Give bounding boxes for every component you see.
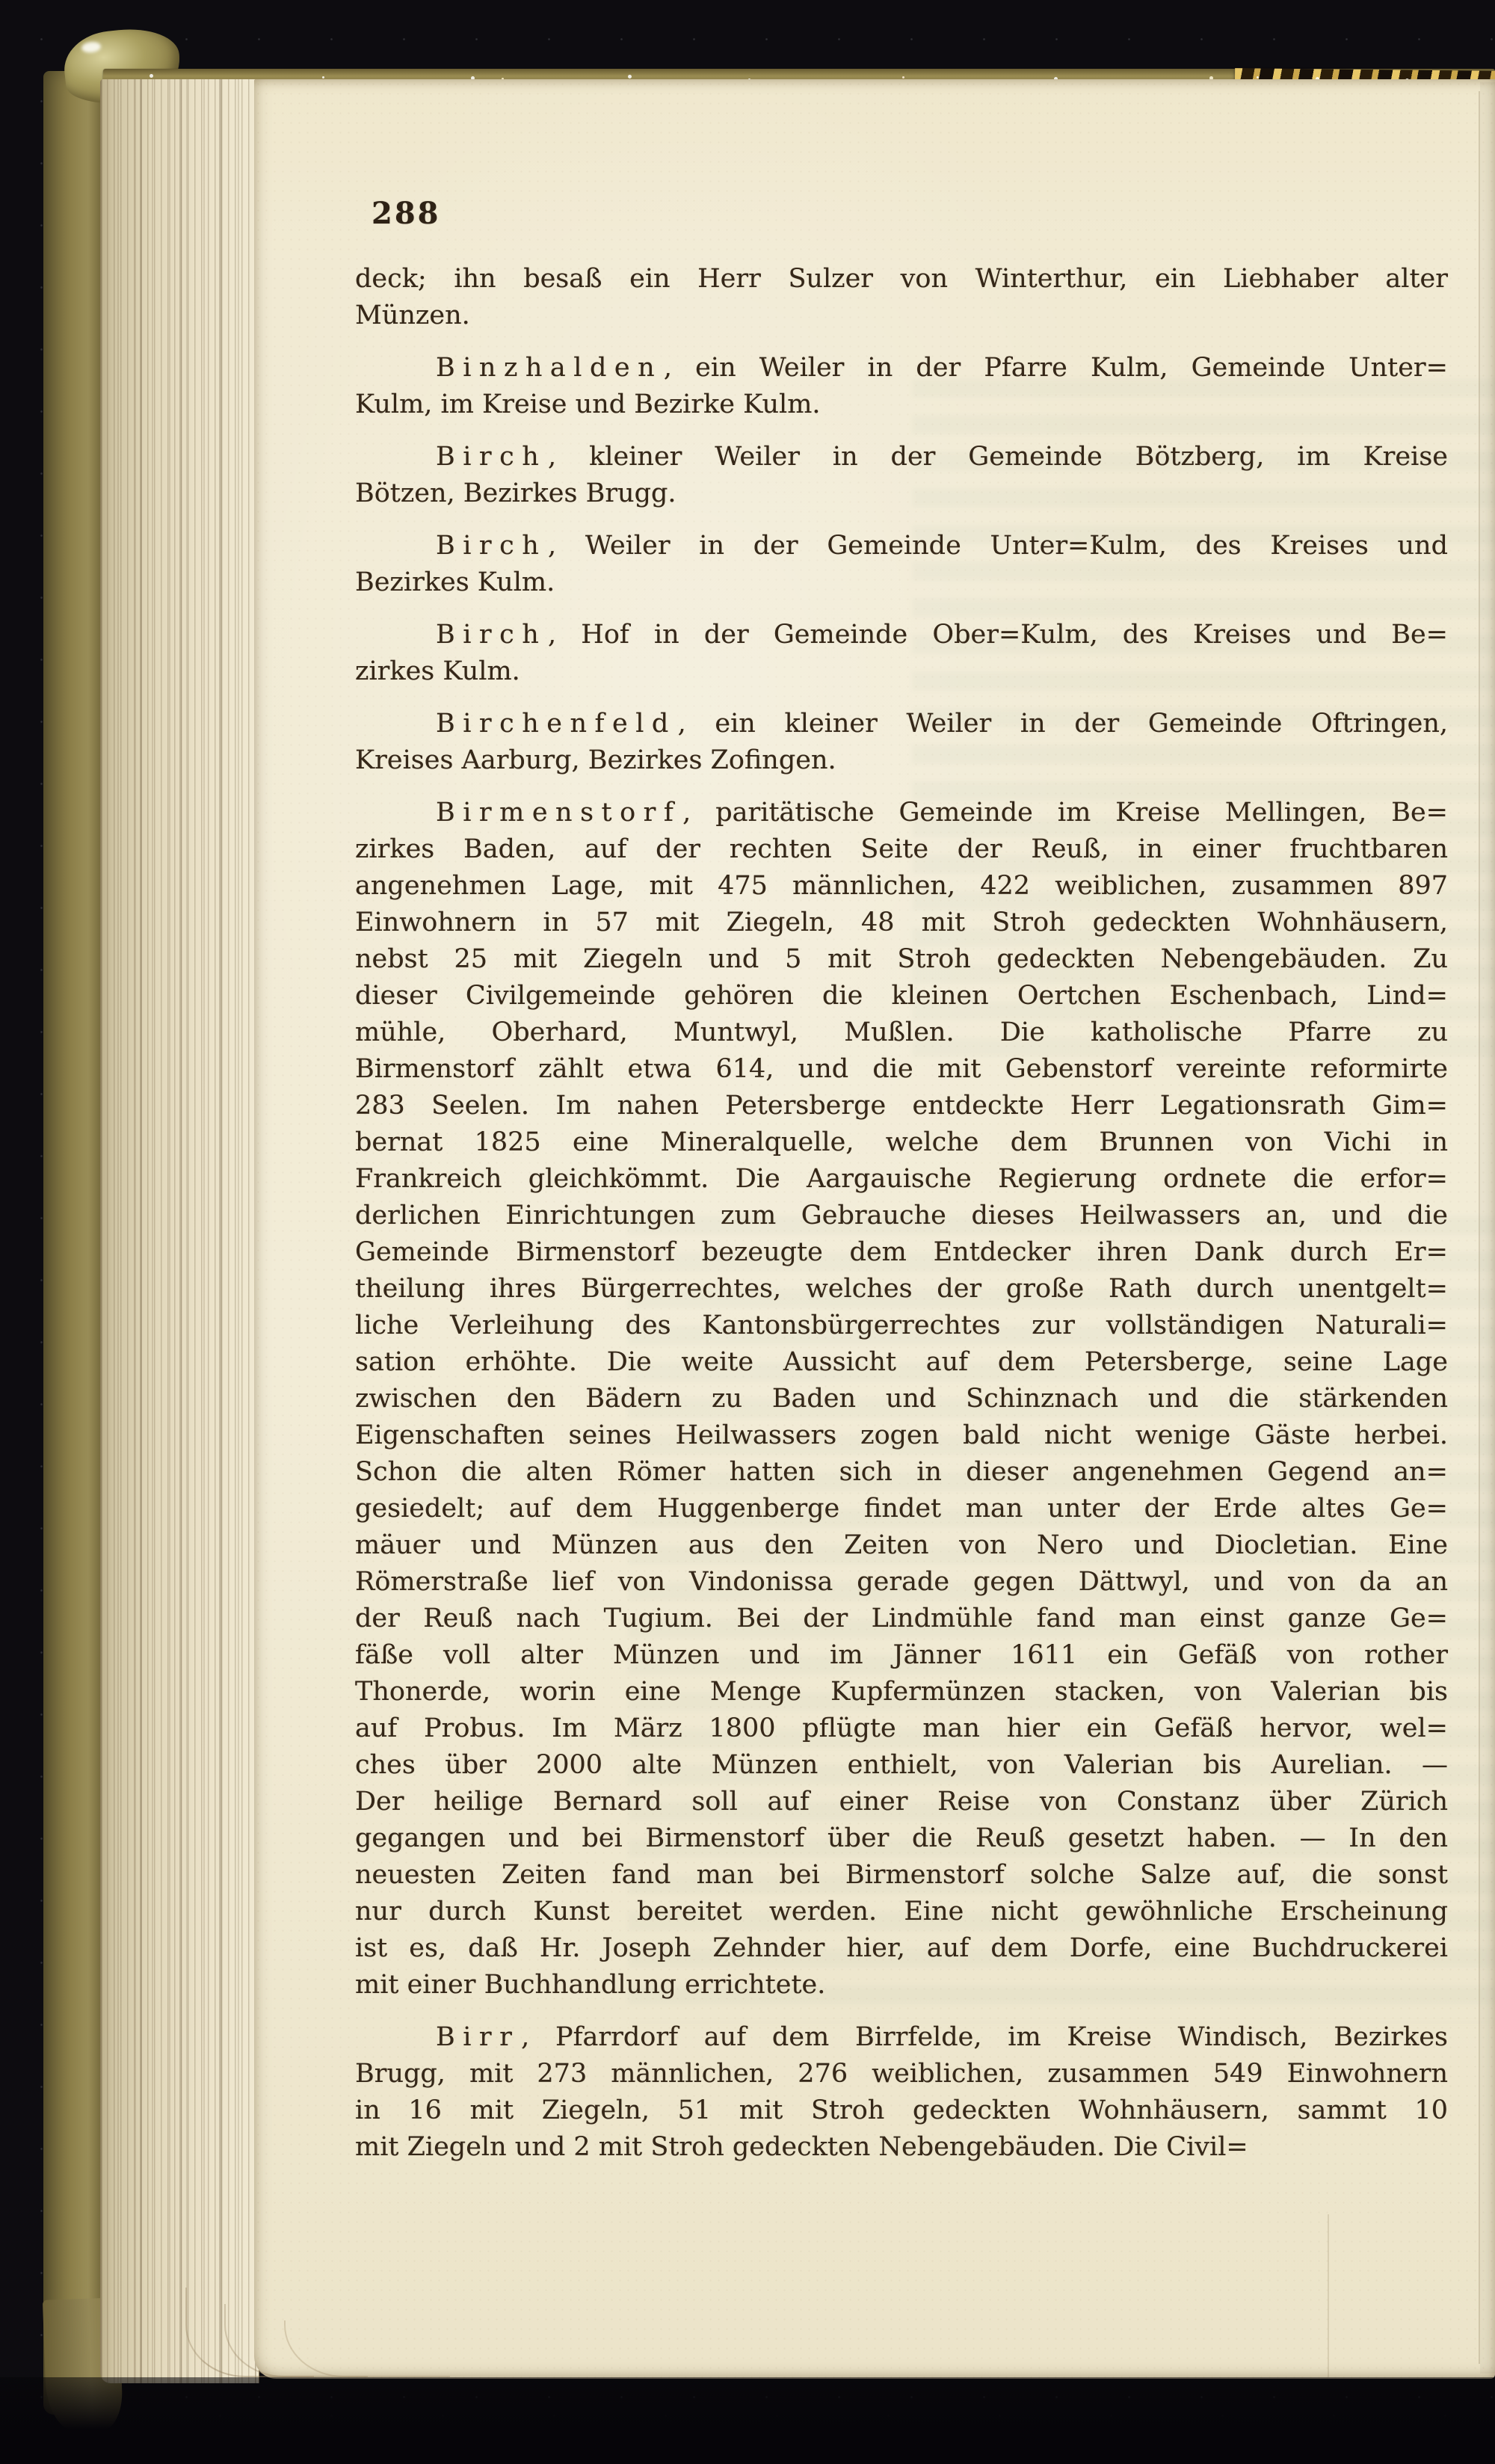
text-line: dieser Civilgemeinde gehören die kleinen… (355, 978, 1448, 1014)
text-line: Thonerde, worin eine Menge Kupfermünzen … (355, 1674, 1448, 1710)
text-line: derlichen Einrichtungen zum Gebrauche di… (355, 1198, 1448, 1234)
text-line: Birch, Weiler in der Gemeinde Unter=Kulm… (355, 528, 1448, 564)
text-line: Frankreich gleichkömmt. Die Aargauische … (355, 1161, 1448, 1198)
text-line: auf Probus. Im März 1800 pflügte man hie… (355, 1710, 1448, 1747)
paragraph-birchenfeld-5: Birchenfeld, ein kleiner Weiler in der G… (355, 706, 1448, 779)
entry-headword: Birch (436, 442, 548, 472)
text-line: Kreises Aarburg, Bezirkes Zofingen. (355, 742, 1448, 779)
paragraph-birch-4: Birch, Hof in der Gemeinde Ober=Kulm, de… (355, 617, 1448, 690)
text-line: mit einer Buchhandlung errichtete. (355, 1967, 1448, 2003)
text-line: gegangen und bei Birmenstorf über die Re… (355, 1820, 1448, 1857)
page-right-crease (1479, 91, 1480, 2364)
text-line: mäuer und Münzen aus den Zeiten von Nero… (355, 1527, 1448, 1564)
text-line: neuesten Zeiten fand man bei Birmenstorf… (355, 1857, 1448, 1894)
text-line: sation erhöhte. Die weite Aussicht auf d… (355, 1344, 1448, 1381)
text-line: deck; ihn besaß ein Herr Sulzer von Wint… (355, 261, 1448, 298)
text-line: zwischen den Bädern zu Baden und Schinzn… (355, 1381, 1448, 1417)
book-cover-edge (43, 71, 103, 2415)
text-line: Binzhalden, ein Weiler in der Pfarre Kul… (355, 350, 1448, 386)
text-line: liche Verleihung des Kantonsbürgerrechte… (355, 1308, 1448, 1344)
text-line: Birmenstorf zählt etwa 614, und die mit … (355, 1051, 1448, 1088)
entry-headword: Birchenfeld (436, 709, 678, 739)
text-line: gesiedelt; auf dem Huggenberge findet ma… (355, 1491, 1448, 1527)
page-number: 288 (372, 196, 441, 231)
text-line: Bötzen, Bezirkes Brugg. (355, 475, 1448, 512)
text-line: Birch, Hof in der Gemeinde Ober=Kulm, de… (355, 617, 1448, 653)
text-line: Einwohnern in 57 mit Ziegeln, 48 mit Str… (355, 905, 1448, 941)
entry-headword: Birch (436, 620, 548, 650)
bottom-shadow (0, 2377, 1495, 2464)
paragraph-birmenstorf-6: Birmenstorf, paritätische Gemeinde im Kr… (355, 795, 1448, 2003)
paragraph-birch-3: Birch, Weiler in der Gemeinde Unter=Kulm… (355, 528, 1448, 601)
text-line: Birchenfeld, ein kleiner Weiler in der G… (355, 706, 1448, 742)
text-line: mühle, Oberhard, Muntwyl, Mußlen. Die ka… (355, 1014, 1448, 1051)
text-line: Schon die alten Römer hatten sich in die… (355, 1454, 1448, 1491)
text-line: Birmenstorf, paritätische Gemeinde im Kr… (355, 795, 1448, 831)
page-bottom-crease (1328, 2214, 1329, 2377)
paragraph-birr-7: Birr, Pfarrdorf auf dem Birrfelde, im Kr… (355, 2019, 1448, 2166)
entry-headword: Birch (436, 531, 548, 561)
paragraph-binzhalden-1: Binzhalden, ein Weiler in der Pfarre Kul… (355, 350, 1448, 423)
text-line: in 16 mit Ziegeln, 51 mit Stroh gedeckte… (355, 2092, 1448, 2129)
paragraph-continuation: deck; ihn besaß ein Herr Sulzer von Wint… (355, 261, 1448, 334)
entry-headword: Binzhalden (436, 353, 664, 383)
text-line: angenehmen Lage, mit 475 männlichen, 422… (355, 868, 1448, 905)
text-line: 283 Seelen. Im nahen Petersberge entdeck… (355, 1088, 1448, 1124)
text-line: bernat 1825 eine Mineralquelle, welche d… (355, 1124, 1448, 1161)
entry-headword: Birmenstorf (436, 798, 682, 828)
text-line: Brugg, mit 273 männlichen, 276 weibliche… (355, 2056, 1448, 2092)
text-line: Bezirkes Kulm. (355, 564, 1448, 601)
text-line: fäße voll alter Münzen und im Jänner 161… (355, 1637, 1448, 1674)
page-right-edge-sliver (1480, 82, 1495, 2374)
text-line: Münzen. (355, 298, 1448, 334)
text-line: nebst 25 mit Ziegeln und 5 mit Stroh ged… (355, 941, 1448, 978)
entry-headword: Birr (436, 2022, 521, 2052)
text-block: deck; ihn besaß ein Herr Sulzer von Wint… (355, 261, 1448, 2166)
text-line: zirkes Kulm. (355, 653, 1448, 690)
text-line: Kulm, im Kreise und Bezirke Kulm. (355, 386, 1448, 423)
text-line: theilung ihres Bürgerrechtes, welches de… (355, 1271, 1448, 1308)
text-line: Gemeinde Birmenstorf bezeugte dem Entdec… (355, 1234, 1448, 1271)
paragraph-birch-2: Birch, kleiner Weiler in der Gemeinde Bö… (355, 439, 1448, 512)
text-line: Eigenschaften seines Heilwassers zogen b… (355, 1417, 1448, 1454)
text-line: der Reuß nach Tugium. Bei der Lindmühle … (355, 1601, 1448, 1637)
text-line: Birr, Pfarrdorf auf dem Birrfelde, im Kr… (355, 2019, 1448, 2056)
page-edge-fan (100, 79, 259, 2383)
text-line: Birch, kleiner Weiler in der Gemeinde Bö… (355, 439, 1448, 475)
text-line: Römerstraße lief von Vindonissa gerade g… (355, 1564, 1448, 1601)
text-line: Der heilige Bernard soll auf einer Reise… (355, 1784, 1448, 1820)
text-line: ches über 2000 alte Münzen enthielt, von… (355, 1747, 1448, 1784)
gilt-glints (149, 74, 153, 78)
text-line: zirkes Baden, auf der rechten Seite der … (355, 831, 1448, 868)
text-line: nur durch Kunst bereitet werden. Eine ni… (355, 1894, 1448, 1930)
text-line: ist es, daß Hr. Joseph Zehnder hier, auf… (355, 1930, 1448, 1967)
text-line: mit Ziegeln und 2 mit Stroh gedeckten Ne… (355, 2129, 1448, 2166)
